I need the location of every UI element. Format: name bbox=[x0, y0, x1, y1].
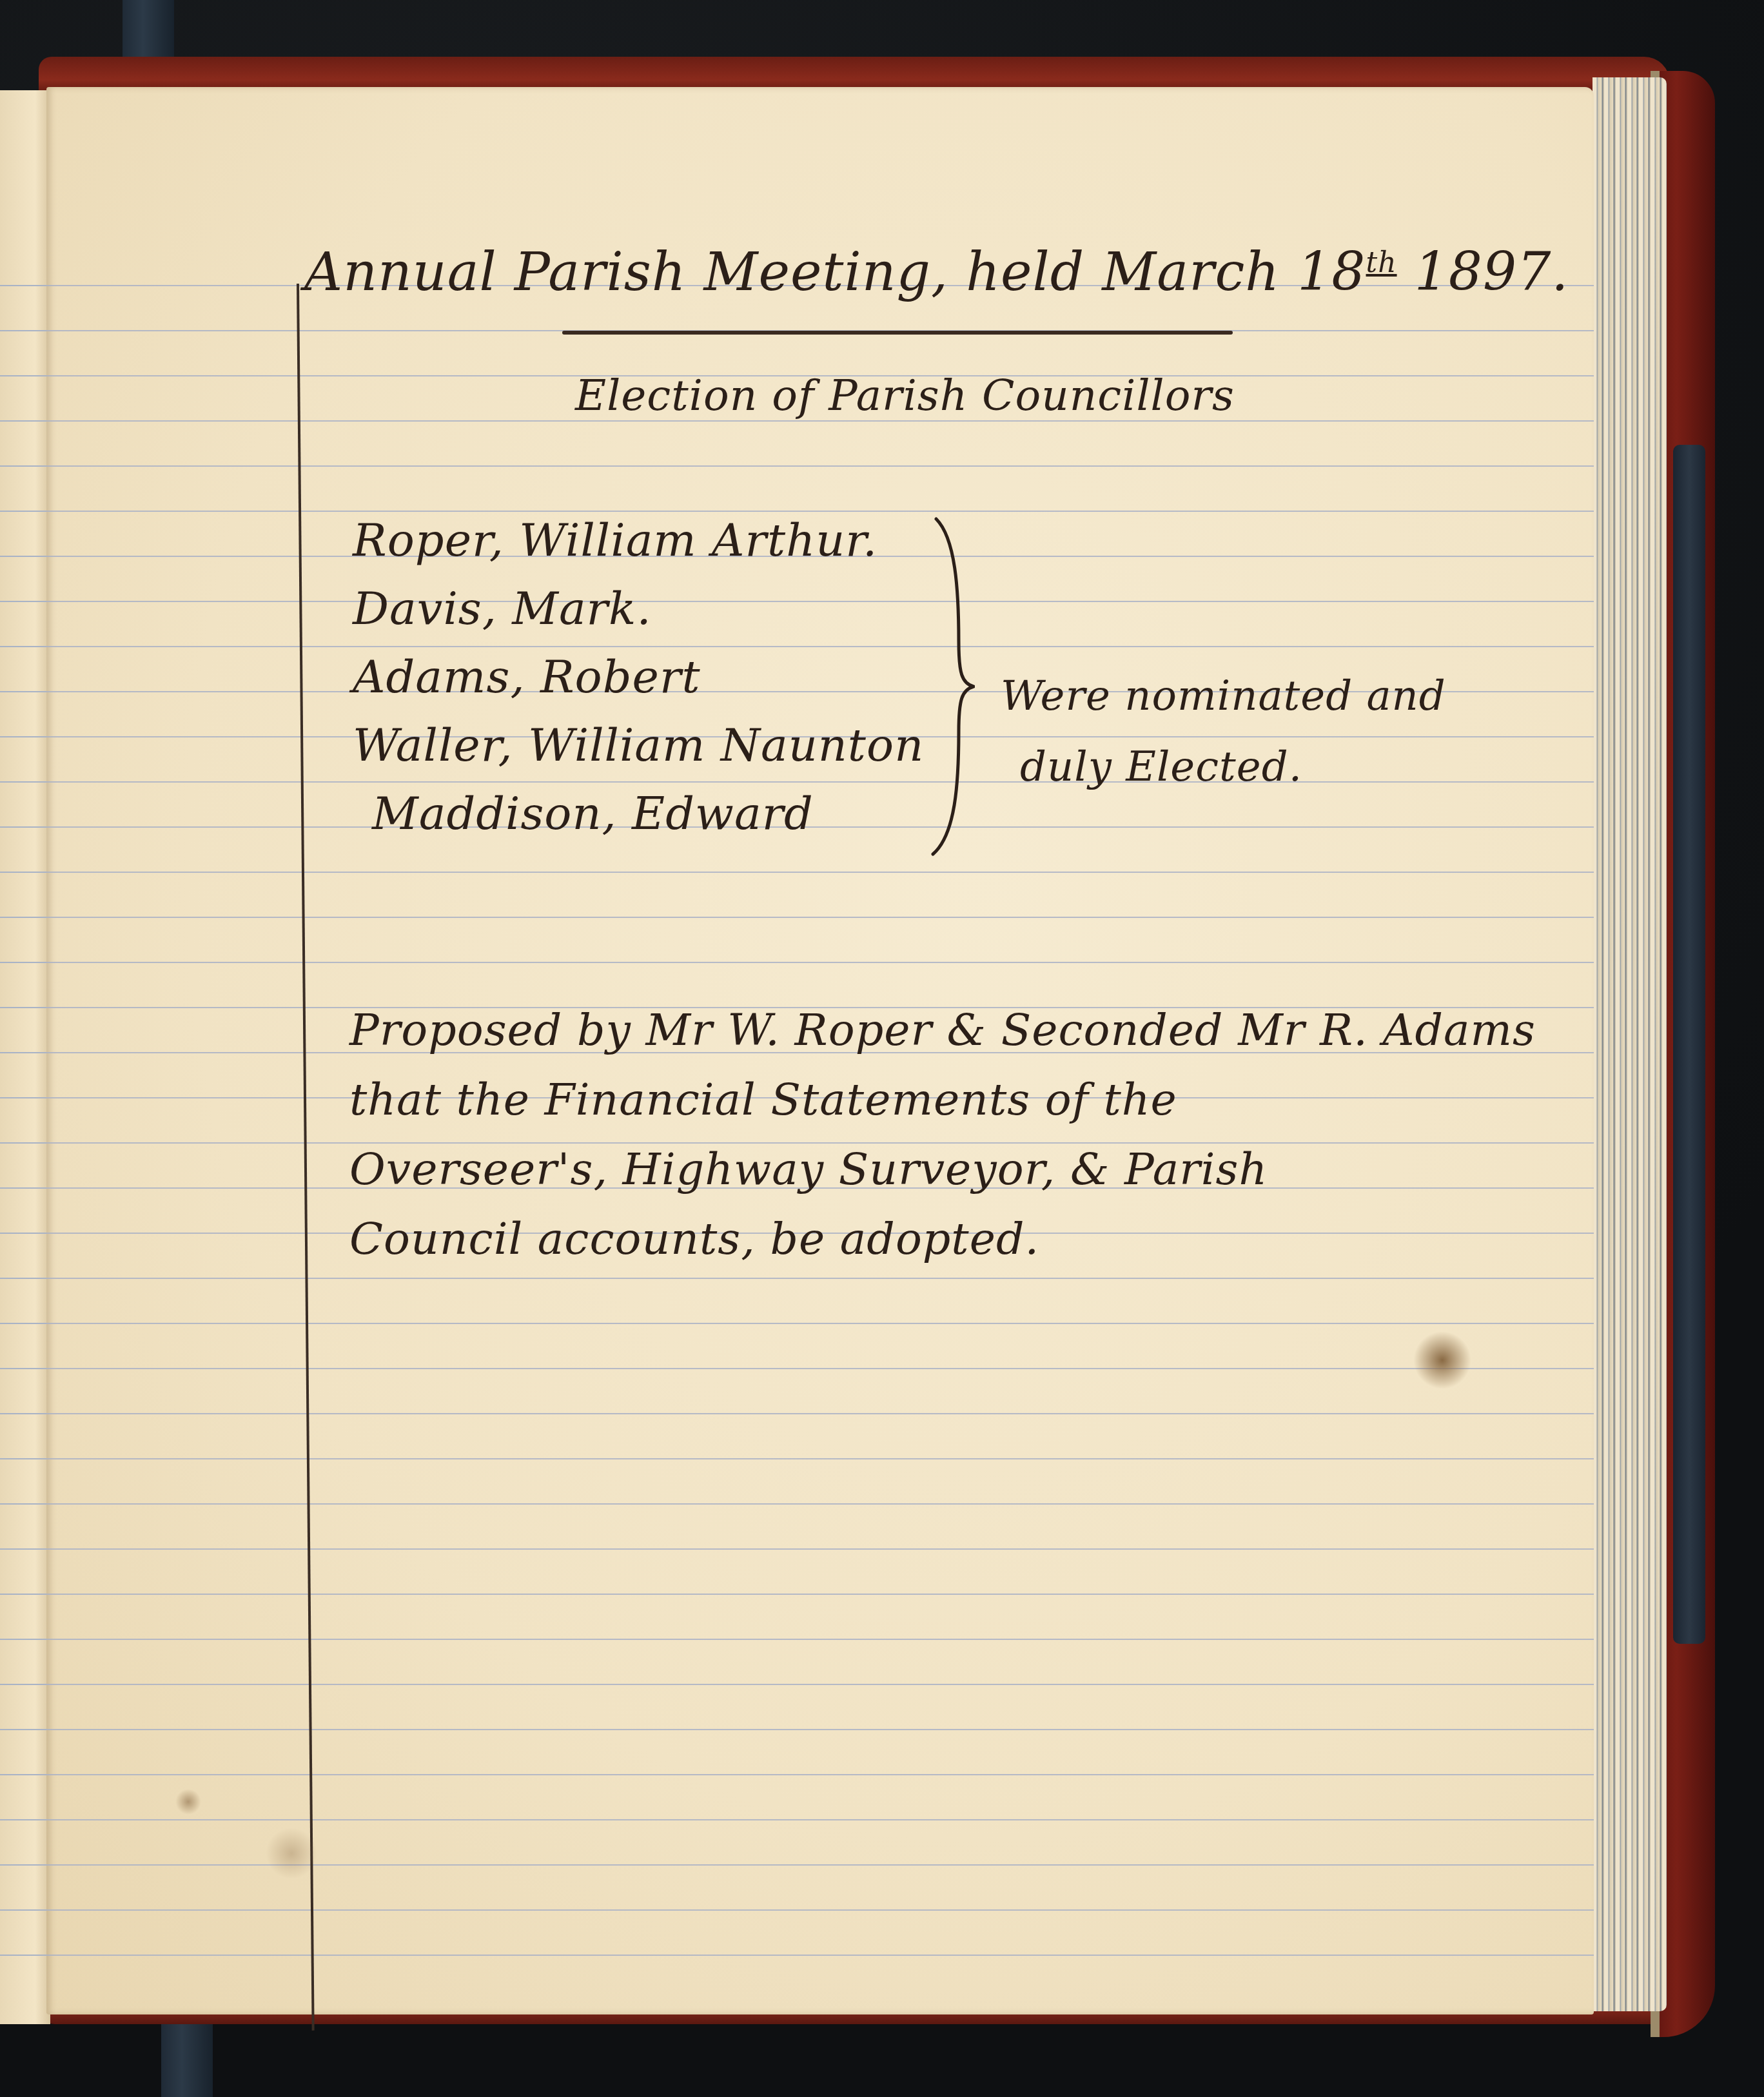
nominee-name: Adams, Robert bbox=[353, 643, 924, 711]
meeting-heading: Annual Parish Meeting, held March 18th 1… bbox=[304, 242, 1569, 303]
motion-line: Council accounts, be adopted. bbox=[349, 1205, 1536, 1274]
note-line: Were nominated and bbox=[1001, 661, 1446, 732]
nominee-name: Maddison, Edward bbox=[372, 779, 943, 848]
foxing-spot bbox=[266, 1828, 317, 1879]
heading-year: 1897. bbox=[1415, 242, 1569, 303]
note-line: duly Elected. bbox=[1001, 732, 1446, 803]
nominee-name: Waller, William Naunton bbox=[353, 711, 924, 779]
nominee-list: Roper, William Arthur. Davis, Mark. Adam… bbox=[353, 506, 924, 848]
facing-page-strip bbox=[0, 90, 50, 2024]
election-subheading: Election of Parish Councillors bbox=[575, 371, 1235, 420]
election-result-note: Were nominated and duly Elected. bbox=[1001, 661, 1446, 803]
page-edges bbox=[1592, 77, 1667, 2011]
ledger-page: Annual Parish Meeting, held March 18th 1… bbox=[46, 87, 1594, 2014]
heading-underline bbox=[562, 331, 1233, 335]
heading-text: Annual Parish Meeting, held March 18 bbox=[304, 242, 1366, 303]
motion-line: that the Financial Statements of the bbox=[349, 1066, 1536, 1135]
curly-brace-icon bbox=[930, 512, 975, 861]
foxing-spot bbox=[175, 1789, 201, 1815]
heading-ordinal: th bbox=[1366, 246, 1397, 279]
spine-strap-bottom bbox=[161, 2024, 213, 2097]
nominee-name: Davis, Mark. bbox=[353, 574, 924, 643]
book-cover-dark-strip bbox=[1673, 445, 1705, 1644]
motion-line: Proposed by Mr W. Roper & Seconded Mr R.… bbox=[349, 996, 1536, 1066]
nominee-name: Roper, William Arthur. bbox=[353, 506, 924, 574]
ink-stain bbox=[1413, 1331, 1471, 1389]
motion-paragraph: Proposed by Mr W. Roper & Seconded Mr R.… bbox=[349, 996, 1536, 1274]
motion-line: Overseer's, Highway Surveyor, & Parish bbox=[349, 1135, 1536, 1205]
